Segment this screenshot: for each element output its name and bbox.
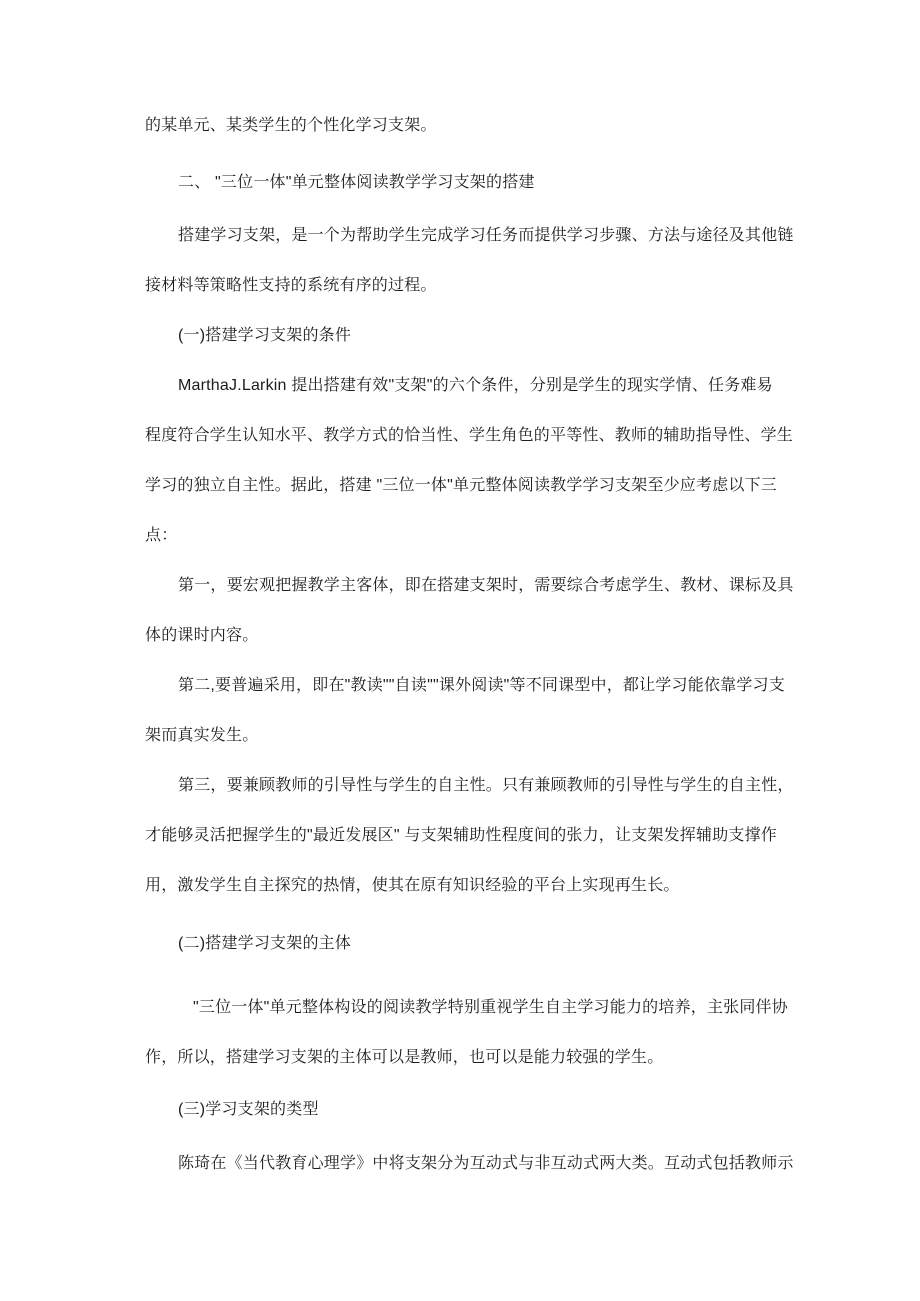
section-heading-sub-3: (三)学习支架的类型	[145, 1085, 779, 1135]
paragraph: "三位一体"单元整体构设的阅读教学特别重视学生自主学习能力的培养，主张同伴协 作…	[145, 983, 779, 1083]
document-page: 的某单元、某类学生的个性化学习支架。 二、 "三位一体"单元整体阅读教学学习支架…	[0, 0, 920, 1301]
text-line: "三位一体"单元整体构设的阅读教学特别重视学生自主学习能力的培养，主张同伴协	[145, 999, 788, 1016]
section-heading-sub-1: (一)搭建学习支架的条件	[145, 311, 779, 361]
paragraph: 第二,要普遍采用，即在"教读""自读""课外阅读"等不同课型中，都让学习能依靠学…	[145, 661, 779, 761]
text-line: 二、 "三位一体"单元整体阅读教学学习支架的搭建	[145, 174, 535, 191]
paragraph: 陈琦在《当代教育心理学》中将支架分为互动式与非互动式两大类。互动式包括教师示	[145, 1139, 779, 1189]
text-line: 架而真实发生。	[145, 727, 258, 744]
section-heading-main: 二、 "三位一体"单元整体阅读教学学习支架的搭建	[145, 158, 779, 208]
text-line: 第二,要普遍采用，即在"教读""自读""课外阅读"等不同课型中，都让学习能依靠学…	[145, 677, 785, 694]
text-line: (二)搭建学习支架的主体	[145, 935, 351, 952]
document-body: 的某单元、某类学生的个性化学习支架。 二、 "三位一体"单元整体阅读教学学习支架…	[145, 101, 779, 1189]
text-line: 作，所以，搭建学习支架的主体可以是教师，也可以是能力较强的学生。	[145, 1049, 663, 1066]
text-line: 体的课时内容。	[145, 627, 258, 644]
text-line: 陈琦在《当代教育心理学》中将支架分为互动式与非互动式两大类。互动式包括教师示	[145, 1155, 794, 1172]
text-line: MarthaJ.Larkin 提出搭建有效"支架"的六个条件，分别是学生的现实学…	[145, 377, 773, 394]
text-line: 搭建学习支架，是一个为帮助学生完成学习任务而提供学习步骤、方法与途径及其他链	[145, 227, 794, 244]
paragraph: 第三，要兼顾教师的引导性与学生的自主性。只有兼顾教师的引导性与学生的自主性， 才…	[145, 761, 779, 911]
paragraph-continuation: 的某单元、某类学生的个性化学习支架。	[145, 101, 779, 151]
text-line: 程度符合学生认知水平、教学方式的恰当性、学生角色的平等性、教师的辅助指导性、学生	[145, 427, 793, 444]
text-line: 点：	[145, 527, 177, 544]
paragraph: MarthaJ.Larkin 提出搭建有效"支架"的六个条件，分别是学生的现实学…	[145, 361, 779, 561]
text-line: 第一，要宏观把握教学主客体，即在搭建支架时，需要综合考虑学生、教材、课标及具	[145, 577, 794, 594]
text-line: (三)学习支架的类型	[145, 1101, 319, 1118]
text-line: 接材料等策略性支持的系统有序的过程。	[145, 277, 437, 294]
text-line: (一)搭建学习支架的条件	[145, 327, 351, 344]
paragraph: 第一，要宏观把握教学主客体，即在搭建支架时，需要综合考虑学生、教材、课标及具 体…	[145, 561, 779, 661]
section-heading-sub-2: (二)搭建学习支架的主体	[145, 919, 779, 969]
text-line: 才能够灵活把握学生的"最近发展区" 与支架辅助性程度间的张力，让支架发挥辅助支撑…	[145, 827, 777, 844]
text-line: 用，激发学生自主探究的热情，使其在原有知识经验的平台上实现再生长。	[145, 877, 680, 894]
paragraph: 搭建学习支架，是一个为帮助学生完成学习任务而提供学习步骤、方法与途径及其他链 接…	[145, 211, 779, 311]
text-line: 第三，要兼顾教师的引导性与学生的自主性。只有兼顾教师的引导性与学生的自主性，	[145, 777, 794, 794]
text-line: 的某单元、某类学生的个性化学习支架。	[145, 117, 437, 134]
text-line: 学习的独立自主性。据此，搭建 "三位一体"单元整体阅读教学学习支架至少应考虑以下…	[145, 477, 777, 494]
